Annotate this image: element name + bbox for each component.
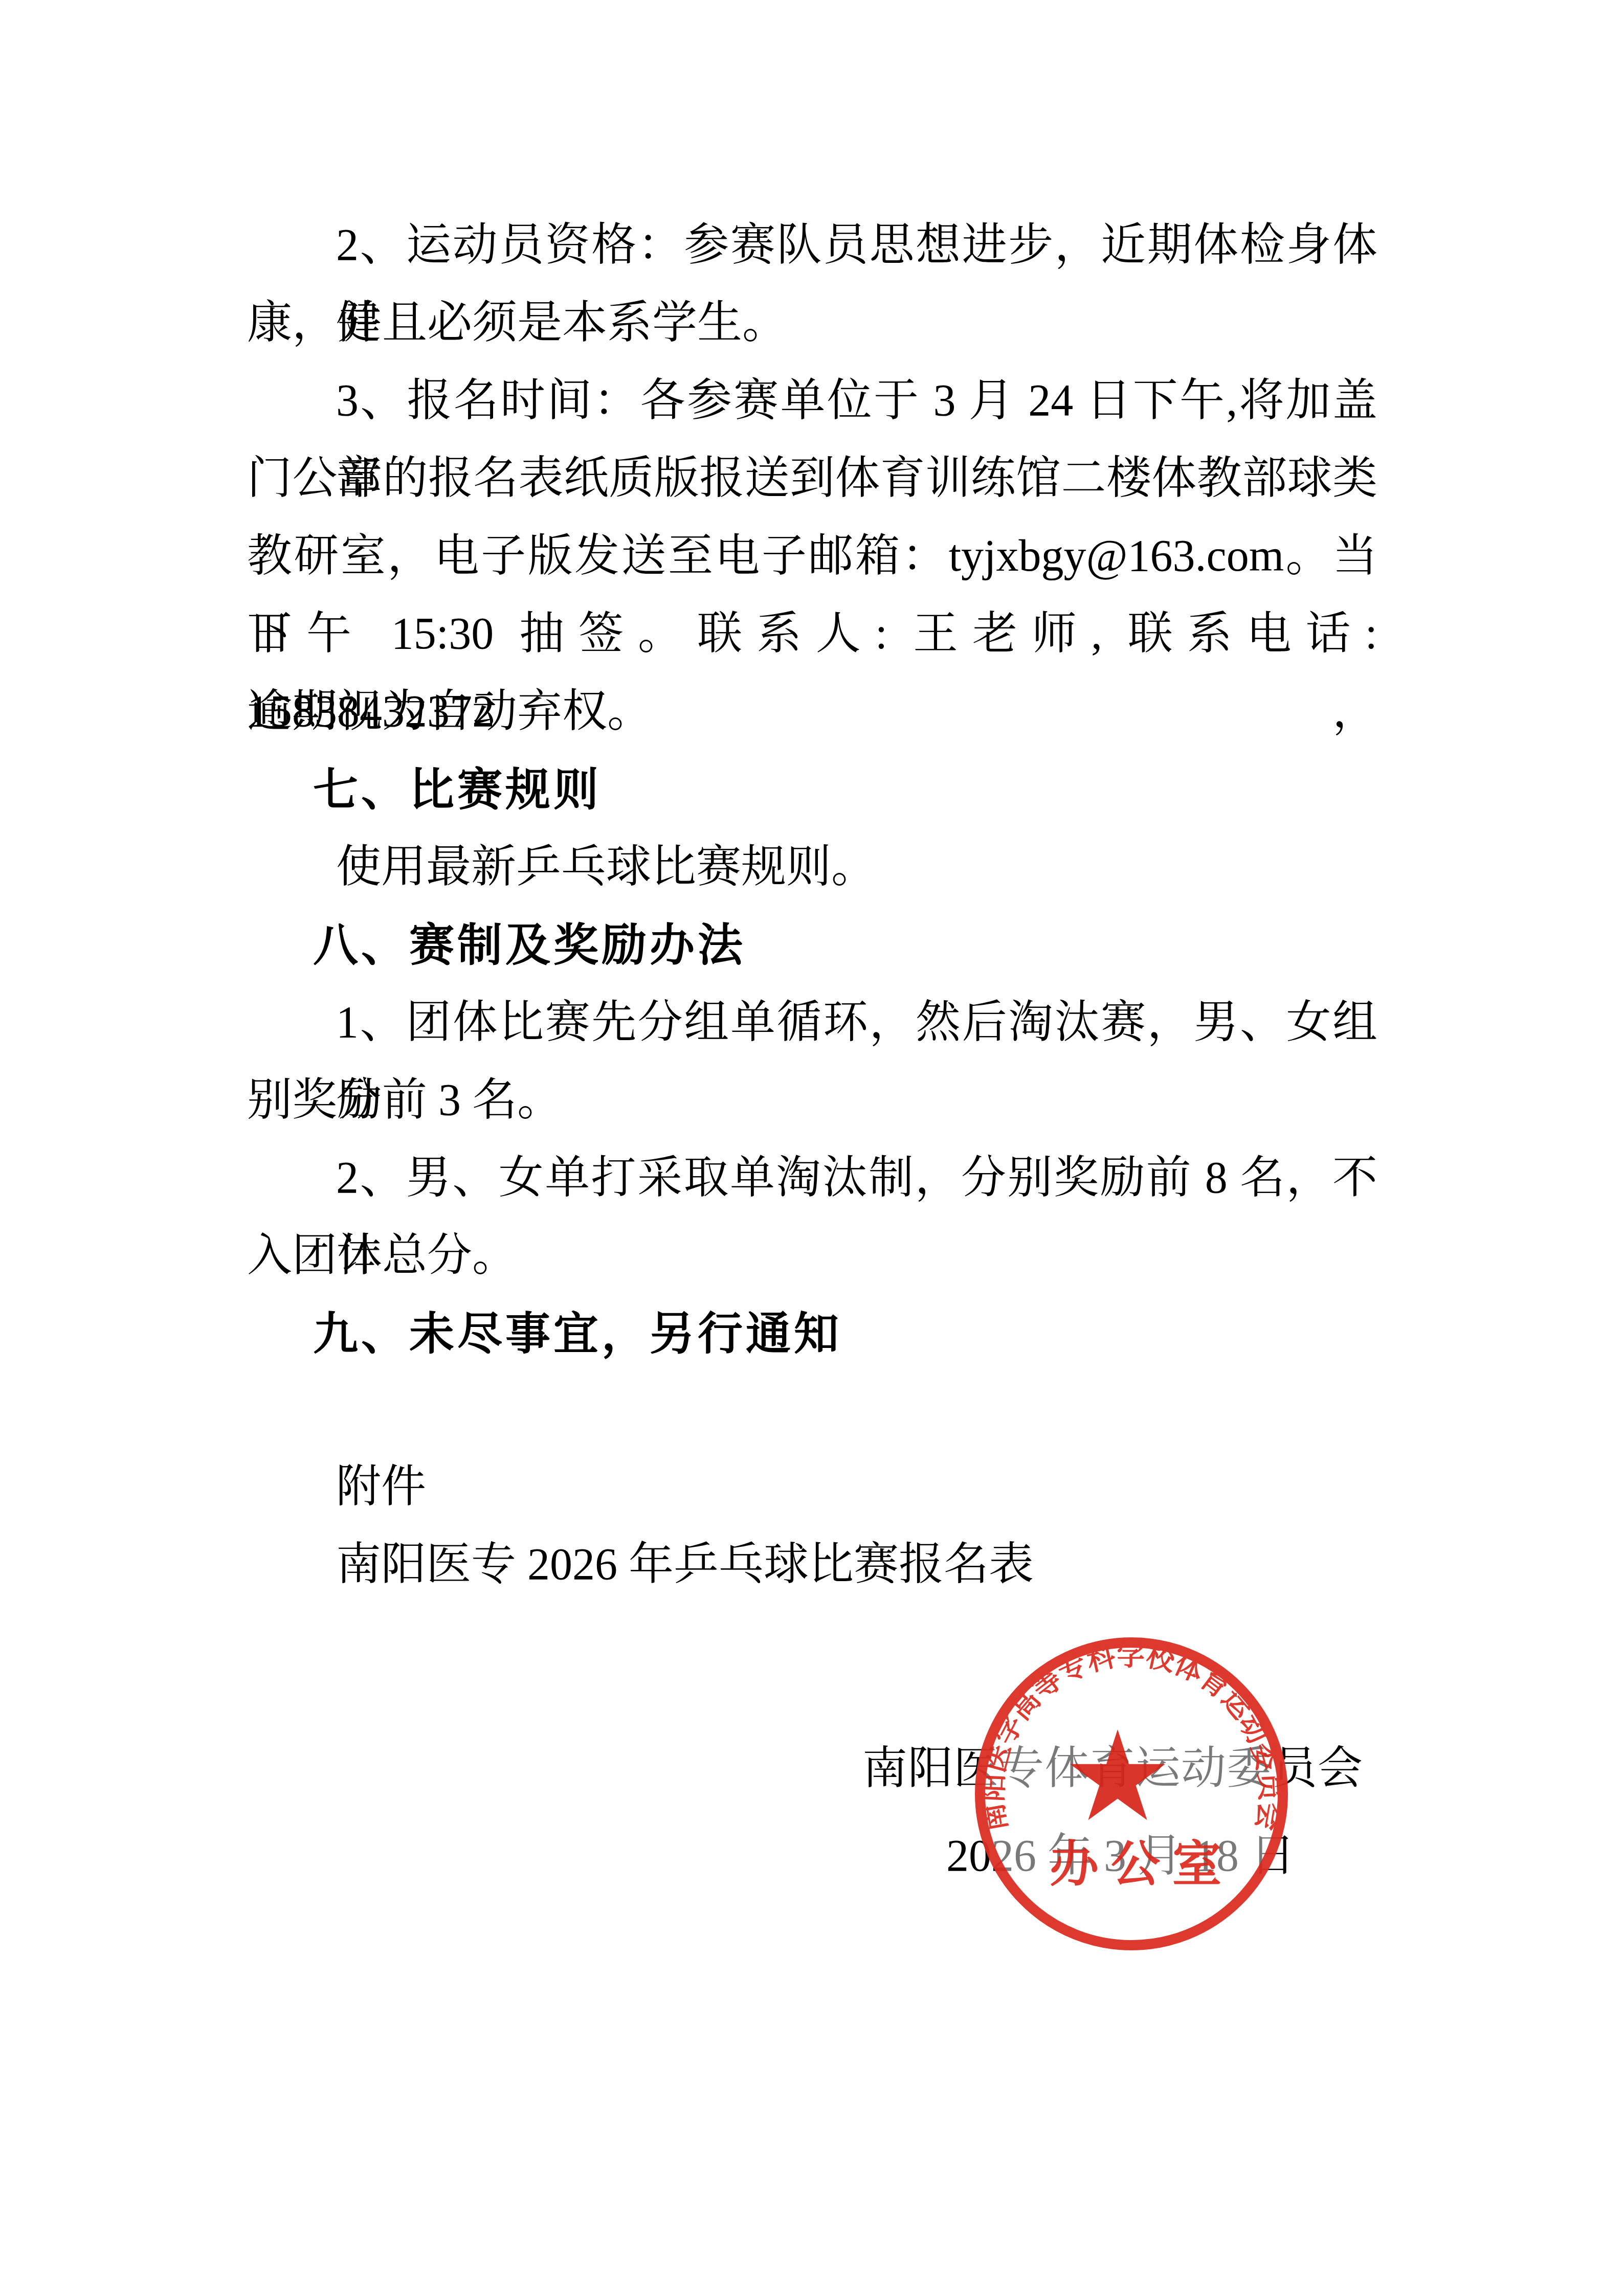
- body-line: 门公章的报名表纸质版报送到体育训练馆二楼体教部球类: [247, 440, 1377, 517]
- section-heading: 九、未尽事宜，另行通知: [247, 1295, 1377, 1372]
- body-line: 教研室，电子版发送至电子邮箱：tyjxbgy@163.com。当日: [247, 517, 1377, 595]
- body-line: 康，并且必须是本系学生。: [247, 284, 1377, 362]
- body-line: 3、报名时间：各参赛单位于 3 月 24 日下午,将加盖部: [247, 362, 1377, 440]
- body-line: 2、男、女单打采取单淘汰制，分别奖励前 8 名，不计: [247, 1139, 1377, 1217]
- blank-line: [247, 1372, 1377, 1448]
- attachment-label: 附件: [247, 1448, 1377, 1526]
- attachment-title: 南阳医专 2026 年乒乓球比赛报名表: [247, 1526, 1377, 1604]
- body-line: 1、团体比赛先分组单循环，然后淘汰赛，男、女组分: [247, 984, 1377, 1062]
- official-stamp: 南阳医学高等专科学校体育运动委员会 办公室: [968, 1630, 1295, 1957]
- section-heading: 七、比赛规则: [247, 751, 1377, 828]
- body-line: 别奖励前 3 名。: [247, 1062, 1377, 1139]
- body-line: 使用最新乒乓球比赛规则。: [247, 828, 1377, 906]
- body-line: 2、运动员资格：参赛队员思想进步，近期体检身体健: [247, 207, 1377, 284]
- body-line: 下午 15:30 抽签。联系人: 王老师, 联系电话: 15838432372，: [247, 595, 1377, 673]
- document-body: 2、运动员资格：参赛队员思想进步，近期体检身体健 康，并且必须是本系学生。 3、…: [247, 207, 1377, 1604]
- stamp-office-text: 办公室: [1050, 1837, 1234, 1892]
- notice-page: { "page": { "background": "#ffffff" }, "…: [0, 0, 1624, 2296]
- section-heading: 八、赛制及奖励办法: [247, 906, 1377, 984]
- body-line: 入团体总分。: [247, 1217, 1377, 1295]
